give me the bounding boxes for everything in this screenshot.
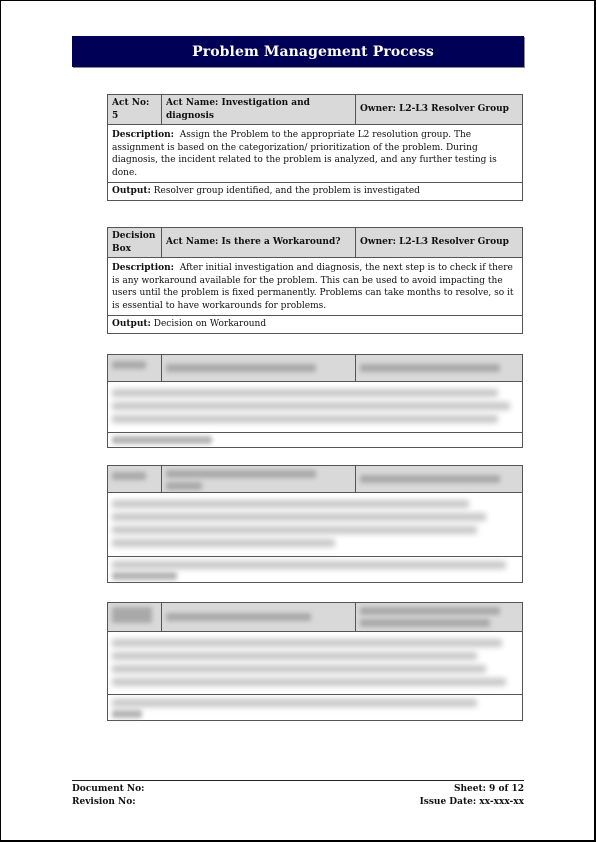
page-footer: Document No: Sheet: 9 of 12 Revision No:… bbox=[72, 783, 524, 808]
blurred-description-row bbox=[108, 492, 522, 556]
output-label: Output: bbox=[112, 319, 151, 329]
blurred-header-row bbox=[108, 466, 522, 492]
activity-header-row: Decision Box Act Name: Is there a Workar… bbox=[108, 228, 522, 257]
blurred-header-row bbox=[108, 355, 522, 381]
description-cell: Description: Assign the Problem to the a… bbox=[108, 125, 522, 182]
blurred-cell bbox=[162, 355, 356, 381]
description-row: Description: Assign the Problem to the a… bbox=[108, 124, 522, 182]
output-cell: Output: Decision on Workaround bbox=[108, 316, 522, 333]
output-cell: Output: Resolver group identified, and t… bbox=[108, 183, 522, 200]
title-bar: Problem Management Process bbox=[72, 36, 524, 67]
blurred-cell bbox=[108, 632, 522, 694]
description-cell: Description: After initial investigation… bbox=[108, 258, 522, 315]
output-row: Output: Resolver group identified, and t… bbox=[108, 182, 522, 200]
blurred-cell bbox=[108, 493, 522, 556]
footer-divider bbox=[72, 780, 524, 781]
act-no-label: Decision Box bbox=[112, 230, 157, 255]
blurred-cell bbox=[356, 466, 522, 492]
description-label: Description: bbox=[112, 263, 174, 273]
revision-no-label: Revision No: bbox=[72, 796, 136, 809]
issue-date: Issue Date: xx-xxx-xx bbox=[420, 796, 524, 809]
act-name-label: Act Name: bbox=[166, 98, 218, 108]
owner-cell: Owner: L2-L3 Resolver Group bbox=[356, 95, 522, 124]
act-no-value: 5 bbox=[112, 110, 157, 123]
act-name-cell: Act Name: Is there a Workaround? bbox=[162, 228, 356, 257]
blurred-cell bbox=[108, 382, 522, 432]
blurred-table bbox=[107, 354, 523, 448]
act-name-label: Act Name: bbox=[166, 236, 218, 249]
blurred-output-row bbox=[108, 432, 522, 447]
act-no-cell: Decision Box bbox=[108, 228, 162, 257]
blurred-output-row bbox=[108, 556, 522, 582]
page-title: Problem Management Process bbox=[162, 44, 434, 60]
blurred-description-row bbox=[108, 631, 522, 694]
blurred-cell bbox=[356, 355, 522, 381]
document-no-label: Document No: bbox=[72, 783, 144, 796]
blurred-cell bbox=[162, 603, 356, 631]
activity-table: Act No: 5 Act Name: Investigation and di… bbox=[107, 94, 523, 201]
blurred-table bbox=[107, 465, 523, 583]
blurred-cell bbox=[162, 466, 356, 492]
act-name-cell: Act Name: Investigation and diagnosis bbox=[162, 95, 356, 124]
activity-header-row: Act No: 5 Act Name: Investigation and di… bbox=[108, 95, 522, 124]
owner-value: L2-L3 Resolver Group bbox=[399, 103, 509, 116]
blurred-cell bbox=[108, 355, 162, 381]
blurred-cell bbox=[108, 603, 162, 631]
description-row: Description: After initial investigation… bbox=[108, 257, 522, 315]
output-row: Output: Decision on Workaround bbox=[108, 315, 522, 333]
blurred-cell bbox=[108, 466, 162, 492]
blurred-description-row bbox=[108, 381, 522, 432]
blurred-cell bbox=[108, 557, 522, 582]
owner-value: L2-L3 Resolver Group bbox=[399, 236, 509, 249]
decision-table: Decision Box Act Name: Is there a Workar… bbox=[107, 227, 523, 334]
sheet-number: Sheet: 9 of 12 bbox=[454, 783, 524, 796]
description-label: Description: bbox=[112, 130, 174, 140]
output-label: Output: bbox=[112, 186, 151, 196]
act-name-value: Is there a Workaround? bbox=[222, 236, 341, 249]
output-text: Resolver group identified, and the probl… bbox=[154, 186, 420, 196]
owner-label: Owner: bbox=[360, 236, 396, 249]
blurred-table bbox=[107, 602, 523, 721]
act-no-label: Act No: bbox=[112, 97, 157, 110]
blurred-cell bbox=[108, 433, 522, 447]
blurred-output-row bbox=[108, 694, 522, 720]
blurred-header-row bbox=[108, 603, 522, 631]
blurred-cell bbox=[356, 603, 522, 631]
act-no-cell: Act No: 5 bbox=[108, 95, 162, 124]
owner-label: Owner: bbox=[360, 103, 396, 116]
blurred-cell bbox=[108, 695, 522, 720]
owner-cell: Owner: L2-L3 Resolver Group bbox=[356, 228, 522, 257]
output-text: Decision on Workaround bbox=[154, 319, 266, 329]
